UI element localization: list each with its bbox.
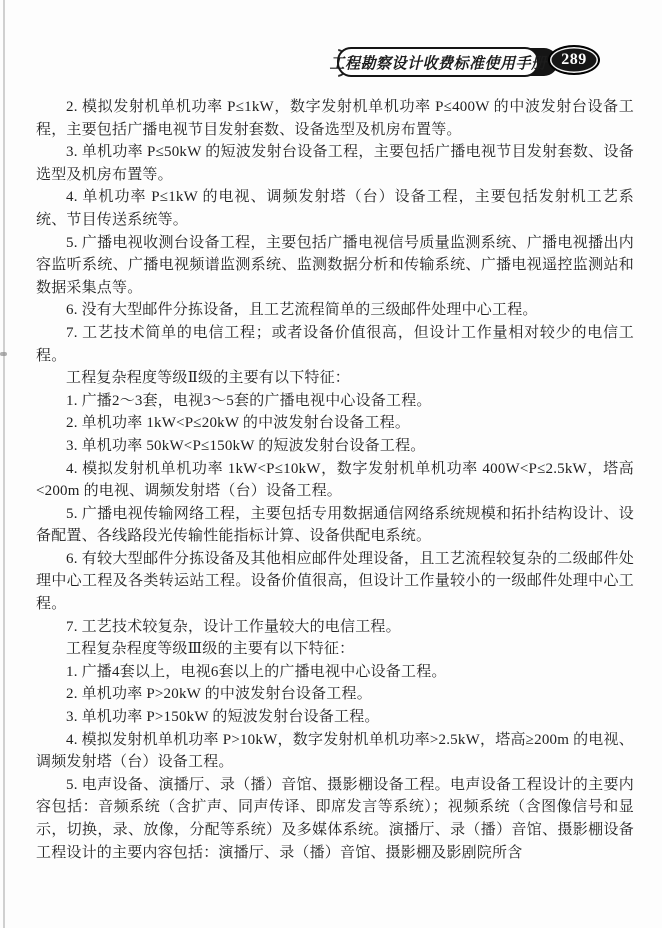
paragraph: 2. 单机功率 P>20kW 的中波发射台设备工程。 [36,683,634,706]
paragraph: 3. 单机功率 50kW<P≤150kW 的短波发射台设备工程。 [36,435,634,458]
page-number-badge: 289 [548,45,600,75]
paragraph: 1. 广播2～3套，电视3～5套的广播电视中心设备工程。 [36,390,634,413]
paragraph: 1. 广播4套以上，电视6套以上的广播电视中心设备工程。 [36,661,634,684]
paragraph: 5. 广播电视传输网络工程，主要包括专用数据通信网络系统规模和拓扑结构设计、设备… [36,503,634,548]
paragraph: 2. 模拟发射机单机功率 P≤1kW，数字发射机单机功率 P≤400W 的中波发… [36,96,634,141]
paragraph: 6. 没有大型邮件分拣设备，且工艺流程简单的三级邮件处理中心工程。 [36,299,634,322]
page-number: 289 [561,51,587,69]
paragraph: 4. 模拟发射机单机功率 P>10kW，数字发射机单机功率>2.5kW，塔高≥2… [36,729,634,774]
paragraph: 工程复杂程度等级Ⅲ级的主要有以下特征： [36,638,634,661]
scan-speck-artifact [0,352,7,356]
paragraph: 4. 模拟发射机单机功率 1kW<P≤10kW，数字发射机单机功率 400W<P… [36,458,634,503]
paragraph: 7. 工艺技术较复杂，设计工作量较大的电信工程。 [36,616,634,639]
paragraph: 3. 单机功率 P>150kW 的短波发射台设备工程。 [36,706,634,729]
paragraph: 2. 单机功率 1kW<P≤20kW 的中波发射台设备工程。 [36,412,634,435]
paragraph: 7. 工艺技术简单的电信工程；或者设备价值很高，但设计工作量相对较少的电信工程。 [36,322,634,367]
paragraph: 6. 有较大型邮件分拣设备及其他相应邮件处理设备，且工艺流程较复杂的二级邮件处理… [36,548,634,616]
paragraph: 4. 单机功率 P≤1kW 的电视、调频发射塔（台）设备工程，主要包括发射机工艺… [36,186,634,231]
paragraph: 工程复杂程度等级Ⅱ级的主要有以下特征： [36,367,634,390]
paragraph: 5. 广播电视收测台设备工程，主要包括广播电视信号质量监测系统、广播电视播出内容… [36,232,634,300]
book-title: 工程勘察设计收费标准使用手册 [330,51,547,73]
scan-edge-artifact [3,0,5,928]
header-title-banner: 工程勘察设计收费标准使用手册 [337,47,539,77]
paragraph: 3. 单机功率 P≤50kW 的短波发射台设备工程，主要包括广播电视节目发射套数… [36,141,634,186]
scanned-page: 工程勘察设计收费标准使用手册 289 2. 模拟发射机单机功率 P≤1kW，数字… [0,0,662,928]
body-text: 2. 模拟发射机单机功率 P≤1kW，数字发射机单机功率 P≤400W 的中波发… [36,96,634,864]
paragraph: 5. 电声设备、演播厅、录（播）音馆、摄影棚设备工程。电声设备工程设计的主要内容… [36,774,634,864]
page-header: 工程勘察设计收费标准使用手册 289 [0,0,662,90]
